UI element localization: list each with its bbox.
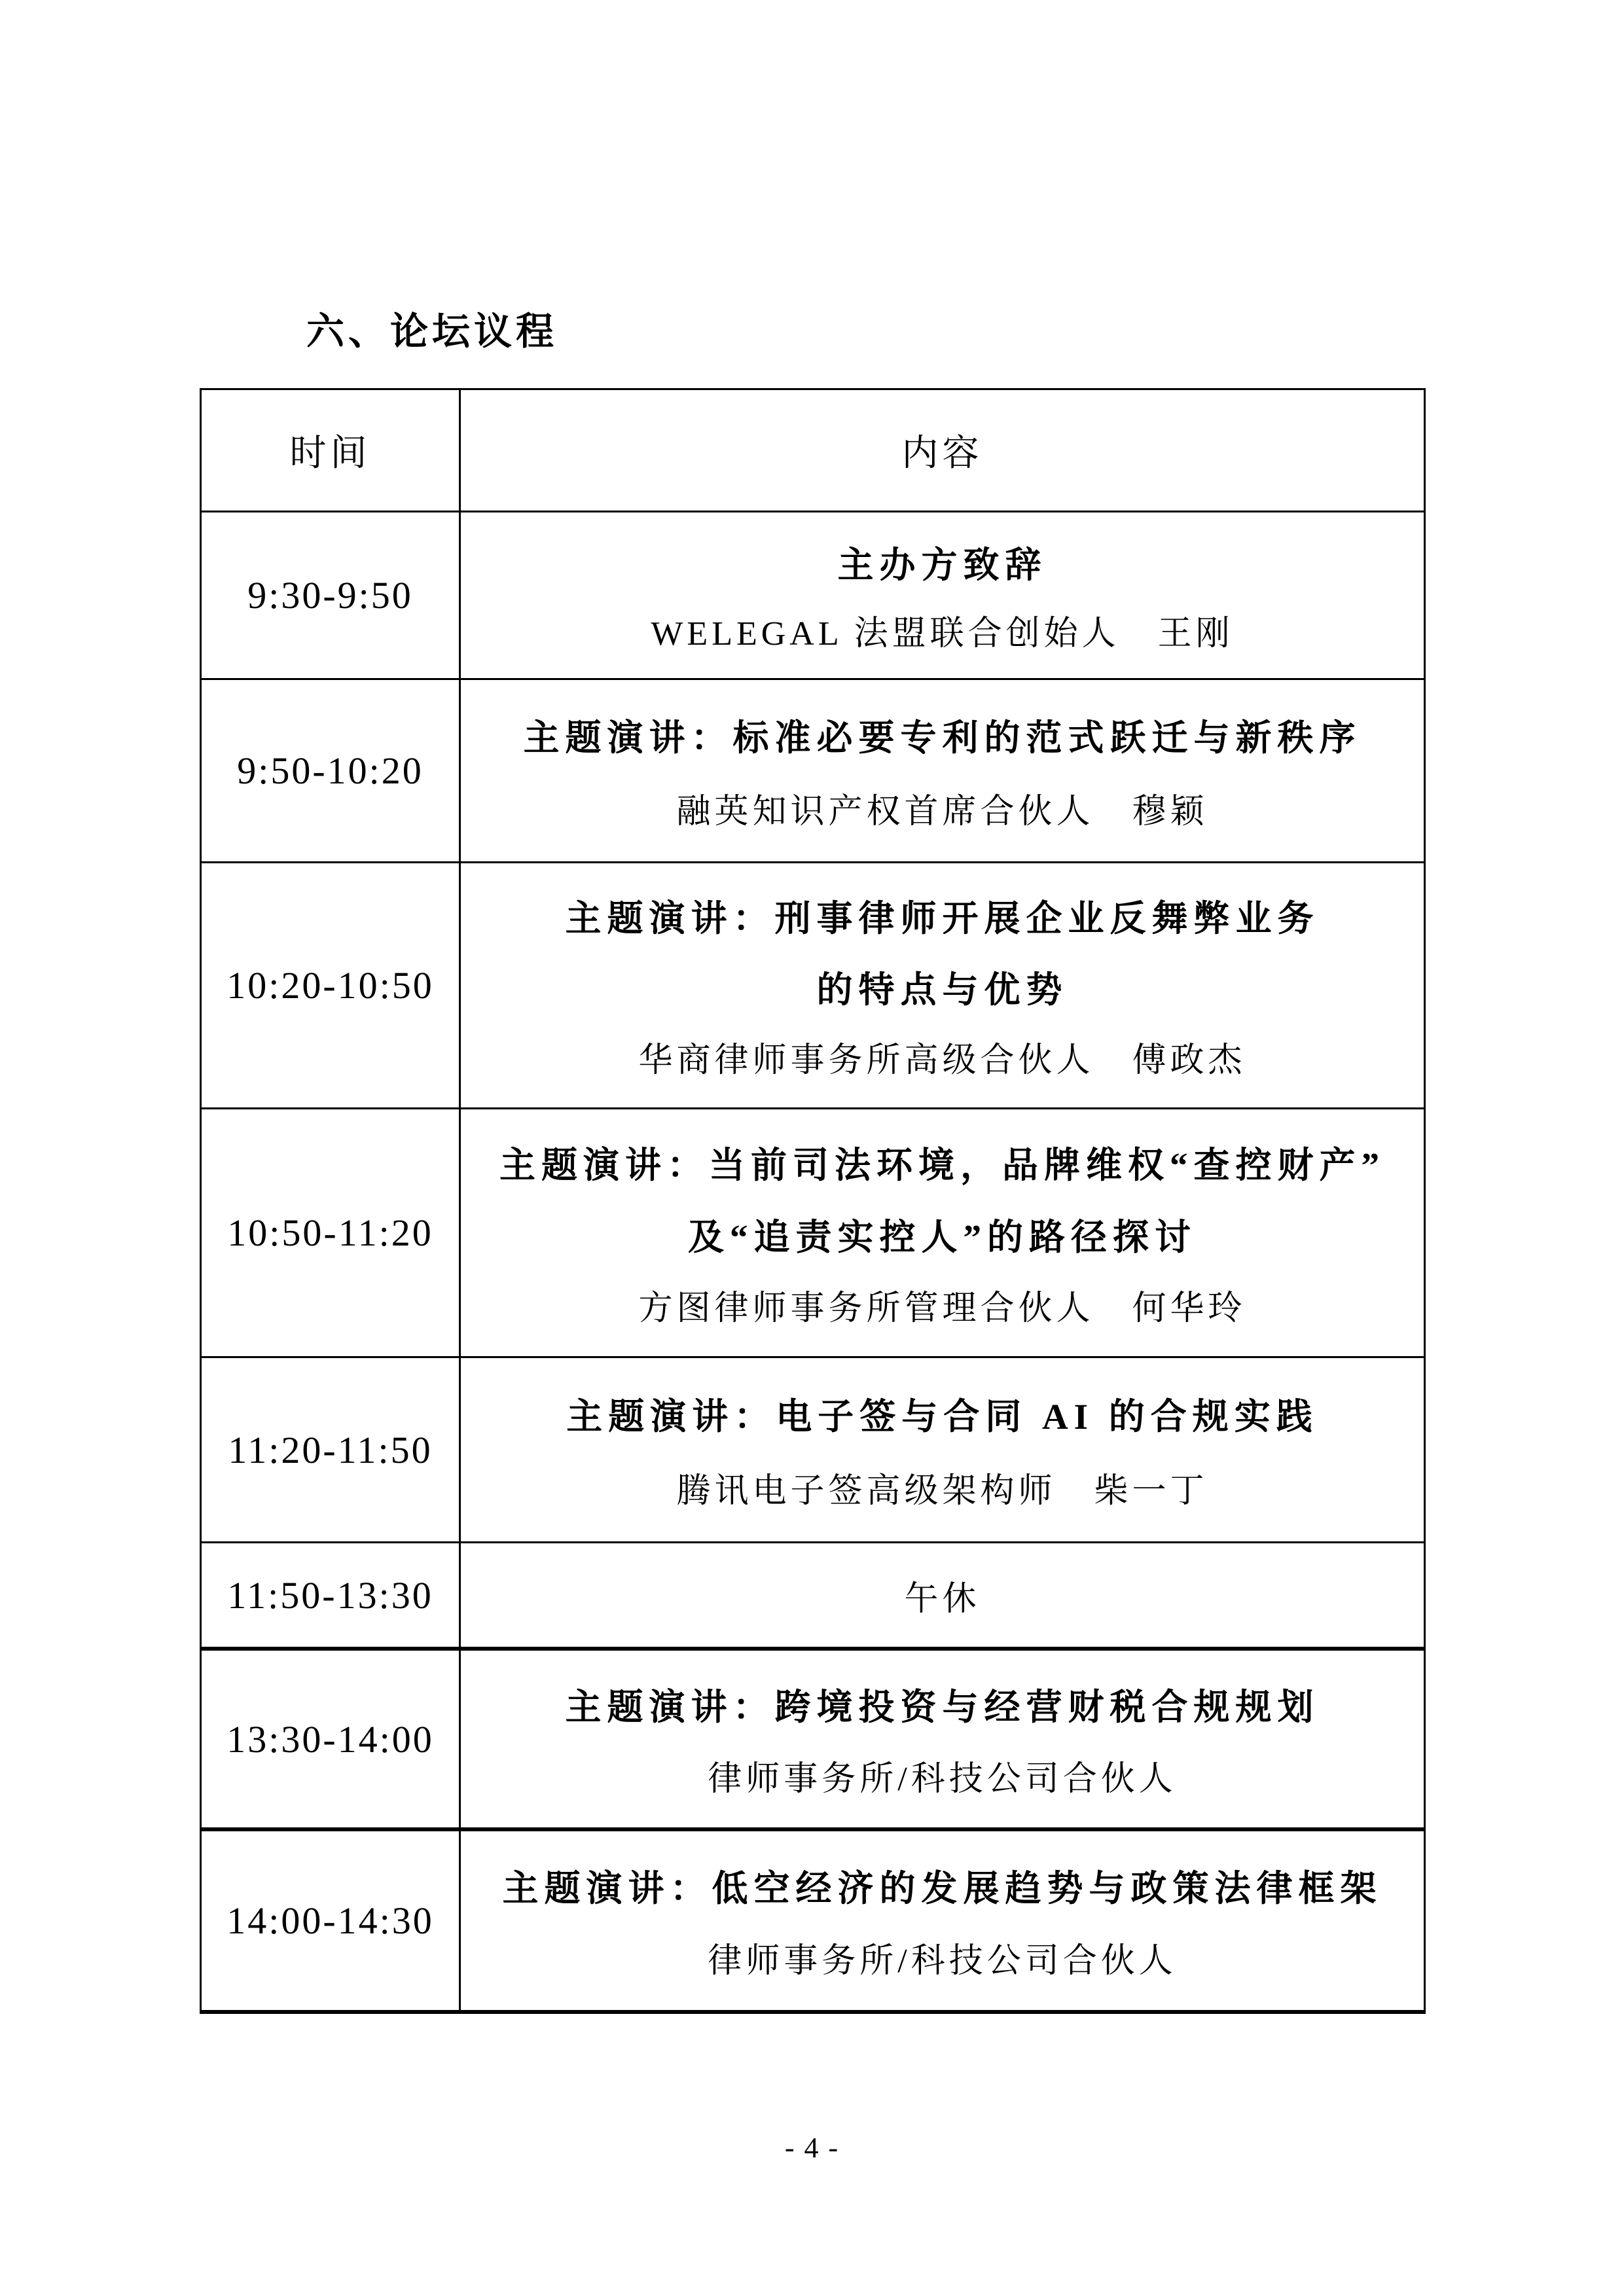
session-title-line-2: 的特点与优势 [816, 961, 1068, 1013]
content-cell: 主题演讲：当前司法环境，品牌维权“查控财产” 及“追责实控人”的路径探讨 方图律… [460, 1109, 1425, 1357]
content-cell: 主题演讲：标准必要专利的范式跃迁与新秩序 融英知识产权首席合伙人 穆颖 [460, 679, 1425, 863]
time-cell: 9:50-10:20 [201, 679, 460, 863]
session-speaker: 律师事务所/科技公司合伙人 [708, 1751, 1176, 1800]
session-speaker: 腾讯电子签高级架构师 柴一丁 [676, 1463, 1208, 1512]
table-row: 9:30-9:50 主办方致辞 WELEGAL 法盟联合创始人 王刚 [201, 512, 1425, 679]
table-row: 11:20-11:50 主题演讲：电子签与合同 AI 的合规实践 腾讯电子签高级… [201, 1357, 1425, 1543]
time-cell: 13:30-14:00 [201, 1649, 460, 1829]
time-cell: 11:20-11:50 [201, 1357, 460, 1543]
content-cell: 主题演讲：电子签与合同 AI 的合规实践 腾讯电子签高级架构师 柴一丁 [460, 1357, 1425, 1543]
content-cell: 主题演讲：刑事律师开展企业反舞弊业务 的特点与优势 华商律师事务所高级合伙人 傅… [460, 863, 1425, 1109]
time-cell: 14:00-14:30 [201, 1829, 460, 2012]
session-title: 主题演讲：电子签与合同 AI 的合规实践 [566, 1388, 1318, 1439]
content-column-header: 内容 [460, 389, 1425, 512]
session-title: 主题演讲：跨境投资与经营财税合规规划 [565, 1678, 1319, 1730]
content-cell: 午休 [460, 1543, 1425, 1649]
content-cell: 主题演讲：跨境投资与经营财税合规规划 律师事务所/科技公司合伙人 [460, 1649, 1425, 1829]
page-number: - 4 - [0, 2131, 1624, 2164]
content-cell: 主办方致辞 WELEGAL 法盟联合创始人 王刚 [460, 512, 1425, 679]
time-cell: 9:30-9:50 [201, 512, 460, 679]
session-title-line-2: 及“追责实控人”的路径探讨 [688, 1208, 1197, 1260]
session-speaker: WELEGAL 法盟联合创始人 王刚 [651, 605, 1233, 655]
session-speaker: 方图律师事务所管理合伙人 何华玲 [638, 1280, 1246, 1329]
session-speaker: 华商律师事务所高级合伙人 傅政杰 [638, 1032, 1246, 1081]
table-header-row: 时间 内容 [201, 389, 1425, 512]
table-row: 14:00-14:30 主题演讲：低空经济的发展趋势与政策法律框架 律师事务所/… [201, 1829, 1425, 2012]
content-cell: 主题演讲：低空经济的发展趋势与政策法律框架 律师事务所/科技公司合伙人 [460, 1829, 1425, 2012]
session-title: 主题演讲：低空经济的发展趋势与政策法律框架 [502, 1859, 1382, 1911]
break-label: 午休 [904, 1571, 980, 1620]
table-row: 11:50-13:30 午休 [201, 1543, 1425, 1649]
table-row: 13:30-14:00 主题演讲：跨境投资与经营财税合规规划 律师事务所/科技公… [201, 1649, 1425, 1829]
session-title: 主题演讲：标准必要专利的范式跃迁与新秩序 [523, 709, 1361, 761]
session-speaker: 融英知识产权首席合伙人 穆颖 [676, 783, 1208, 833]
session-title-line-1: 主题演讲：当前司法环境，品牌维权“查控财产” [499, 1136, 1385, 1188]
time-cell: 10:20-10:50 [201, 863, 460, 1109]
time-cell: 10:50-11:20 [201, 1109, 460, 1357]
page-title: 六、论坛议程 [306, 310, 558, 353]
time-cell: 11:50-13:30 [201, 1543, 460, 1649]
session-title: 主办方致辞 [837, 536, 1047, 588]
table-row: 10:20-10:50 主题演讲：刑事律师开展企业反舞弊业务 的特点与优势 华商… [201, 863, 1425, 1109]
time-column-header: 时间 [201, 389, 460, 512]
session-speaker: 律师事务所/科技公司合伙人 [708, 1933, 1176, 1982]
table-row: 9:50-10:20 主题演讲：标准必要专利的范式跃迁与新秩序 融英知识产权首席… [201, 679, 1425, 863]
table-row: 10:50-11:20 主题演讲：当前司法环境，品牌维权“查控财产” 及“追责实… [201, 1109, 1425, 1357]
session-title-line-1: 主题演讲：刑事律师开展企业反舞弊业务 [565, 889, 1319, 941]
agenda-table: 时间 内容 9:30-9:50 主办方致辞 WELEGAL 法盟联合创始人 王刚… [200, 388, 1426, 2014]
